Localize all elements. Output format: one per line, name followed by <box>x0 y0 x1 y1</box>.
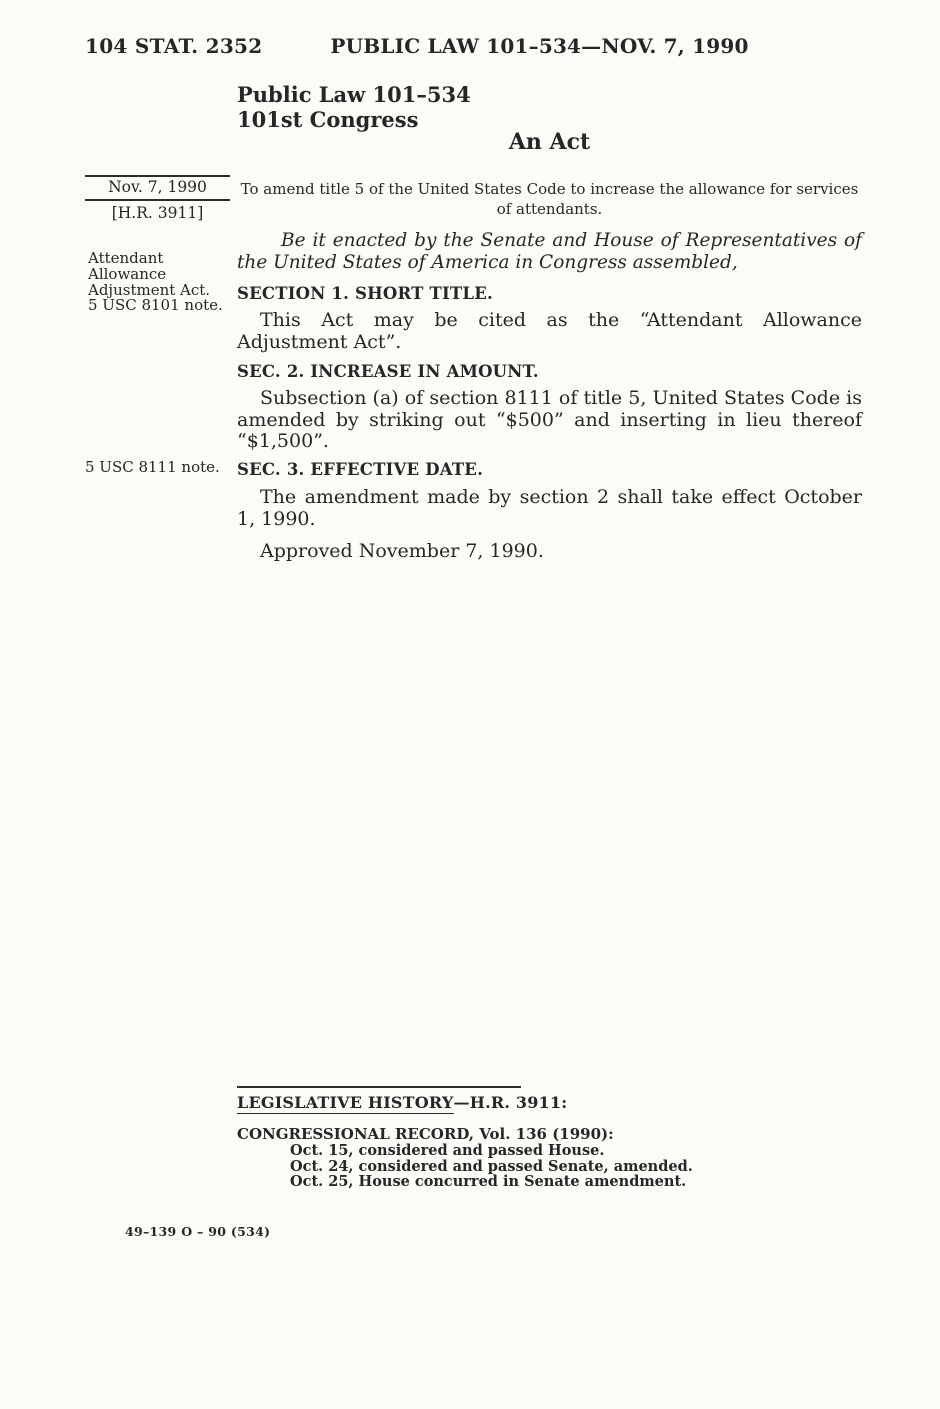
bill-reference: —H.R. 3911: <box>454 1093 568 1112</box>
purpose-clause: To amend title 5 of the United States Co… <box>237 179 862 219</box>
history-entry: Oct. 15, considered and passed House. <box>290 1143 862 1159</box>
gpo-print-code: 49–139 O – 90 (534) <box>125 1224 270 1239</box>
date-note: Nov. 7, 1990 <box>85 177 230 199</box>
legislative-history-rule <box>237 1086 521 1088</box>
section-2-heading: SEC. 2. INCREASE IN AMOUNT. <box>237 362 539 381</box>
section-2-text: Subsection (a) of section 8111 of title … <box>237 388 862 453</box>
margin-note-line: 5 USC 8101 note. <box>88 298 238 314</box>
margin-note-short-title: Attendant Allowance Adjustment Act. 5 US… <box>88 251 238 314</box>
legislative-history-label: LEGISLATIVE HISTORY <box>237 1093 454 1114</box>
act-heading: An Act <box>237 129 862 155</box>
enacting-clause: Be it enacted by the Senate and House of… <box>237 230 862 274</box>
congressional-record-heading: CONGRESSIONAL RECORD, Vol. 136 (1990): <box>237 1125 862 1143</box>
section-3-heading: SEC. 3. EFFECTIVE DATE. <box>237 460 483 479</box>
bill-number-note: [H.R. 3911] <box>85 201 230 223</box>
approval-line: Approved November 7, 1990. <box>237 540 862 562</box>
history-entry: Oct. 24, considered and passed Senate, a… <box>290 1159 862 1175</box>
legislative-history-heading: LEGISLATIVE HISTORY—H.R. 3911: <box>237 1093 862 1112</box>
running-header: PUBLIC LAW 101–534—NOV. 7, 1990 <box>227 34 852 58</box>
section-3-text: The amendment made by section 2 shall ta… <box>237 487 862 530</box>
margin-note-usc-8111: 5 USC 8111 note. <box>85 460 235 476</box>
law-title-block: Public Law 101–534 101st Congress <box>237 83 471 132</box>
history-entry: Oct. 25, House concurred in Senate amend… <box>290 1174 862 1190</box>
section-1-heading: SECTION 1. SHORT TITLE. <box>237 284 493 303</box>
slip-law-page: 104 STAT. 2352 PUBLIC LAW 101–534—NOV. 7… <box>0 0 940 1409</box>
margin-note-date-block: Nov. 7, 1990 [H.R. 3911] <box>85 175 230 223</box>
public-law-number: Public Law 101–534 <box>237 83 471 108</box>
legislative-history-block: LEGISLATIVE HISTORY—H.R. 3911: CONGRESSI… <box>237 1086 862 1190</box>
section-1-text: This Act may be cited as the “Attendant … <box>237 310 862 353</box>
